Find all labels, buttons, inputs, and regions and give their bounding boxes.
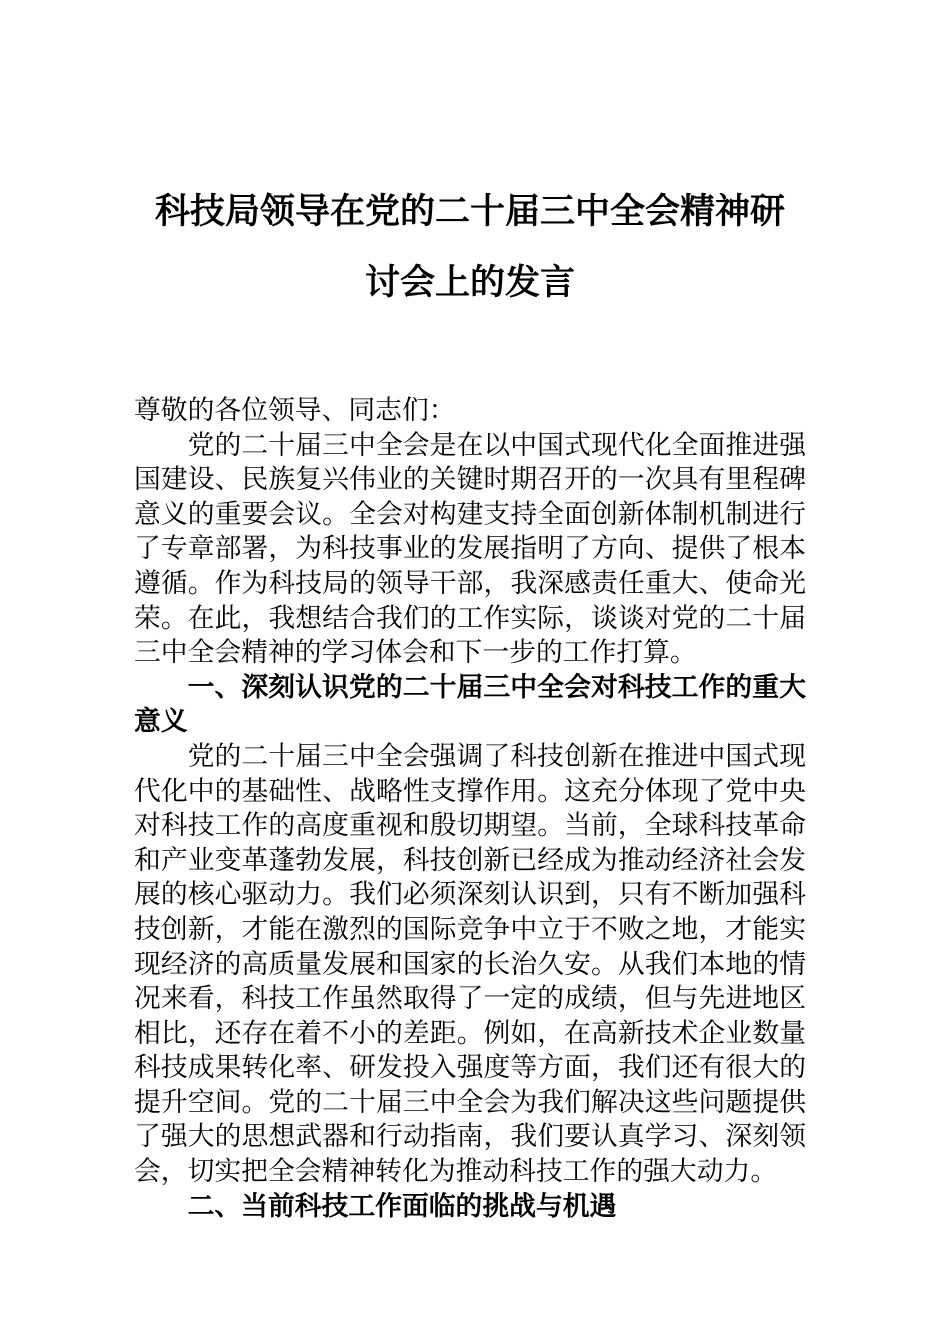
document-content: 科技局领导在党的二十届三中全会精神研讨会上的发言 尊敬的各位领导、同志们： 党的…	[134, 176, 806, 1223]
section-heading-1: 一、深刻认识党的二十届三中全会对科技工作的重大意义	[134, 670, 806, 739]
document-title: 科技局领导在党的二十届三中全会精神研讨会上的发言	[145, 176, 795, 318]
salutation-line: 尊敬的各位领导、同志们：	[134, 393, 806, 428]
opening-paragraph: 党的二十届三中全会是在以中国式现代化全面推进强国建设、民族复兴伟业的关键时期召开…	[134, 428, 806, 670]
section-heading-2: 二、当前科技工作面临的挑战与机遇	[134, 1189, 806, 1224]
document-page: 科技局领导在党的二十届三中全会精神研讨会上的发言 尊敬的各位领导、同志们： 党的…	[0, 0, 950, 1344]
document-body: 尊敬的各位领导、同志们： 党的二十届三中全会是在以中国式现代化全面推进强国建设、…	[134, 393, 806, 1223]
section-1-paragraph: 党的二十届三中全会强调了科技创新在推进中国式现代化中的基础性、战略性支撑作用。这…	[134, 739, 806, 1189]
